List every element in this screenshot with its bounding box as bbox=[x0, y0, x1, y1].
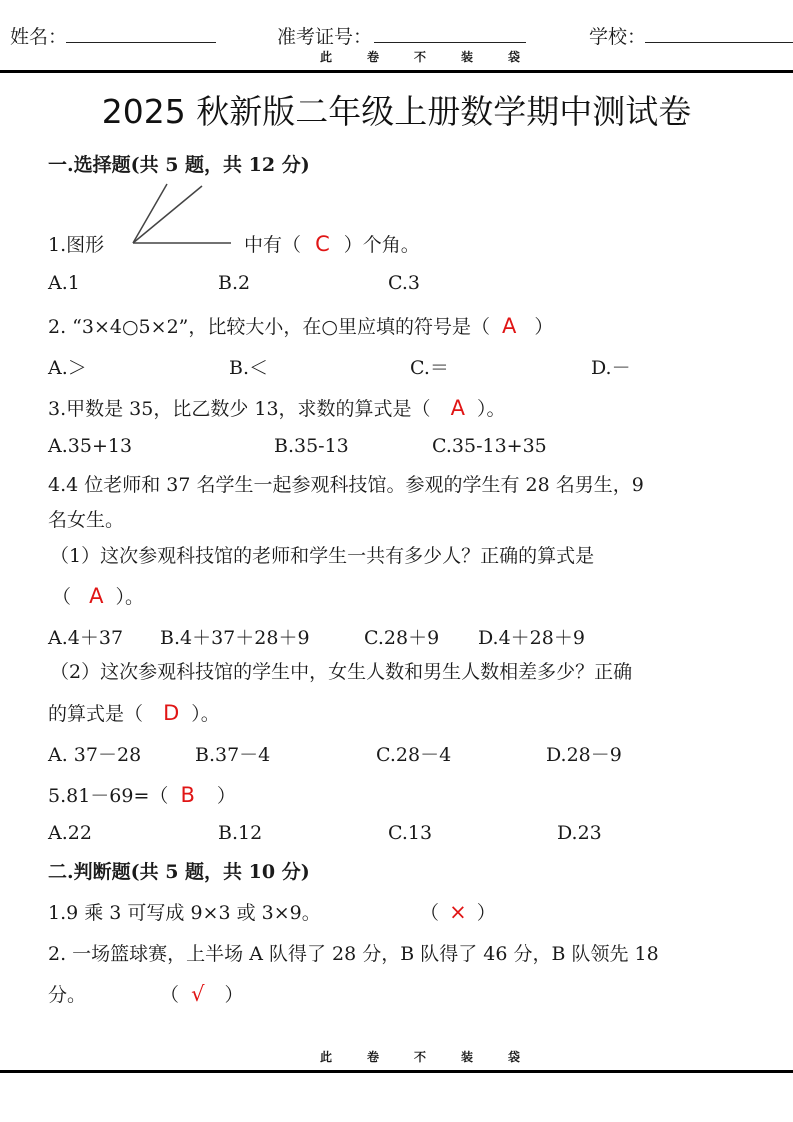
option-c: C.13 bbox=[388, 822, 432, 844]
seal-char: 袋 bbox=[508, 1048, 555, 1065]
option-a: A.4＋37 bbox=[48, 623, 123, 650]
section-heading-choice: 一.选择题(共 5 题，共 12 分) bbox=[48, 150, 310, 177]
seal-char: 此 bbox=[320, 1048, 367, 1065]
name-label: 姓名： bbox=[10, 22, 67, 49]
question-2-text: 2. “3×4○5×2”，比较大小，在○里应填的符号是（ bbox=[48, 316, 490, 338]
option-b: B.＜ bbox=[229, 353, 268, 380]
question-1-prefix: 1.图形 bbox=[48, 230, 104, 257]
option-a: A. 37－28 bbox=[48, 740, 141, 767]
question-4-sub2-text: （2）这次参观科技馆的学生中，女生人数和男生人数相差多少？正确 bbox=[50, 657, 632, 684]
question-4-sub1-answer-line: （ A ）。 bbox=[52, 582, 144, 609]
option-c: C.28＋9 bbox=[364, 623, 439, 650]
option-a: A.35+13 bbox=[48, 435, 132, 457]
option-a: A.＞ bbox=[48, 353, 87, 380]
question-2: 2. “3×4○5×2”，比较大小，在○里应填的符号是（ A ） bbox=[48, 312, 553, 339]
seal-char: 不 bbox=[414, 1048, 461, 1065]
option-a: A.1 bbox=[48, 272, 80, 294]
answer-mark: A bbox=[77, 584, 109, 608]
school-field[interactable] bbox=[645, 42, 793, 43]
paren-close: ）。 bbox=[115, 586, 144, 608]
question-1-suffix: ）个角。 bbox=[344, 234, 420, 256]
exam-id-label: 准考证号： bbox=[277, 22, 372, 49]
option-c: C.＝ bbox=[410, 353, 449, 380]
option-d: D.23 bbox=[557, 822, 602, 844]
seal-char: 此 bbox=[320, 48, 367, 65]
question-4-stem-line1: 4.4 位老师和 37 名学生一起参观科技馆。参观的学生有 28 名男生，9 bbox=[48, 470, 644, 497]
question-2-suffix: ） bbox=[534, 316, 553, 338]
option-c: C.28－4 bbox=[376, 740, 451, 767]
judgement-2-line1: 2. 一场篮球赛，上半场 A 队得了 28 分，B 队得了 46 分，B 队领先… bbox=[48, 939, 659, 966]
paren-open: 的算式是（ bbox=[48, 703, 143, 725]
answer-mark: B bbox=[174, 783, 210, 807]
option-c: C.3 bbox=[388, 272, 420, 294]
seal-char: 装 bbox=[461, 48, 508, 65]
paren-open: （ bbox=[160, 984, 179, 1006]
question-3: 3.甲数是 35，比乙数少 13，求数的算式是（ A ）。 bbox=[48, 394, 506, 421]
question-5-suffix: ） bbox=[217, 785, 236, 807]
question-5: 5.81－69=（ B ） bbox=[48, 781, 236, 808]
seal-char: 卷 bbox=[367, 48, 414, 65]
question-5-text: 5.81－69=（ bbox=[48, 785, 168, 807]
question-4-sub2-answer-line: 的算式是（ D ）。 bbox=[48, 699, 220, 726]
question-3-text: 3.甲数是 35，比乙数少 13，求数的算式是（ bbox=[48, 398, 431, 420]
section-heading-judgement: 二.判断题(共 5 题，共 10 分) bbox=[48, 857, 310, 884]
school-label: 学校： bbox=[589, 22, 646, 49]
question-1-mid: 中有（ bbox=[244, 234, 301, 256]
option-c: C.35-13+35 bbox=[432, 435, 547, 457]
question-4-sub1-text: （1）这次参观科技馆的老师和学生一共有多少人？正确的算式是 bbox=[50, 541, 594, 568]
answer-mark: D bbox=[149, 701, 185, 725]
answer-mark: A bbox=[437, 396, 471, 420]
judgement-2-line2: 分。 bbox=[48, 980, 86, 1007]
paren-close: ）。 bbox=[191, 703, 220, 725]
paren-close: ） bbox=[477, 902, 496, 924]
seal-notice-bottom: 此卷不装袋 bbox=[320, 1048, 555, 1065]
name-field[interactable] bbox=[66, 42, 216, 43]
option-a: A.22 bbox=[48, 822, 92, 844]
option-b: B.37－4 bbox=[195, 740, 270, 767]
option-b: B.35-13 bbox=[274, 435, 349, 457]
binding-line-top bbox=[0, 70, 793, 73]
check-mark-icon: √ bbox=[185, 982, 218, 1006]
option-d: D.4＋28＋9 bbox=[478, 623, 585, 650]
option-d: D.28－9 bbox=[546, 740, 622, 767]
seal-notice-top: 此卷不装袋 bbox=[320, 48, 555, 65]
binding-line-bottom bbox=[0, 1070, 793, 1073]
judgement-2-answer: （ √ ） bbox=[160, 980, 244, 1007]
seal-char: 袋 bbox=[508, 48, 555, 65]
judgement-1-answer: （ × ） bbox=[420, 898, 496, 925]
answer-mark: C bbox=[307, 232, 338, 256]
option-b: B.2 bbox=[218, 272, 250, 294]
paren-close: ） bbox=[225, 984, 244, 1006]
question-3-suffix: ）。 bbox=[477, 398, 506, 420]
cross-mark-icon: × bbox=[445, 900, 471, 924]
angle-figure-icon bbox=[125, 180, 240, 250]
seal-char: 装 bbox=[461, 1048, 508, 1065]
question-1-body: 中有（ C ）个角。 bbox=[244, 230, 420, 257]
seal-char: 卷 bbox=[367, 1048, 414, 1065]
option-d: D.－ bbox=[591, 353, 631, 380]
paren-open: （ bbox=[52, 586, 71, 608]
paren-open: （ bbox=[420, 902, 439, 924]
page-title: 2025 秋新版二年级上册数学期中测试卷 bbox=[0, 86, 793, 133]
exam-id-field[interactable] bbox=[374, 42, 526, 43]
question-4-stem-line2: 名女生。 bbox=[48, 505, 124, 532]
answer-mark: A bbox=[496, 314, 528, 338]
option-b: B.4＋37＋28＋9 bbox=[160, 623, 310, 650]
option-b: B.12 bbox=[218, 822, 262, 844]
judgement-1-text: 1.9 乘 3 可写成 9×3 或 3×9。 bbox=[48, 898, 321, 925]
seal-char: 不 bbox=[414, 48, 461, 65]
